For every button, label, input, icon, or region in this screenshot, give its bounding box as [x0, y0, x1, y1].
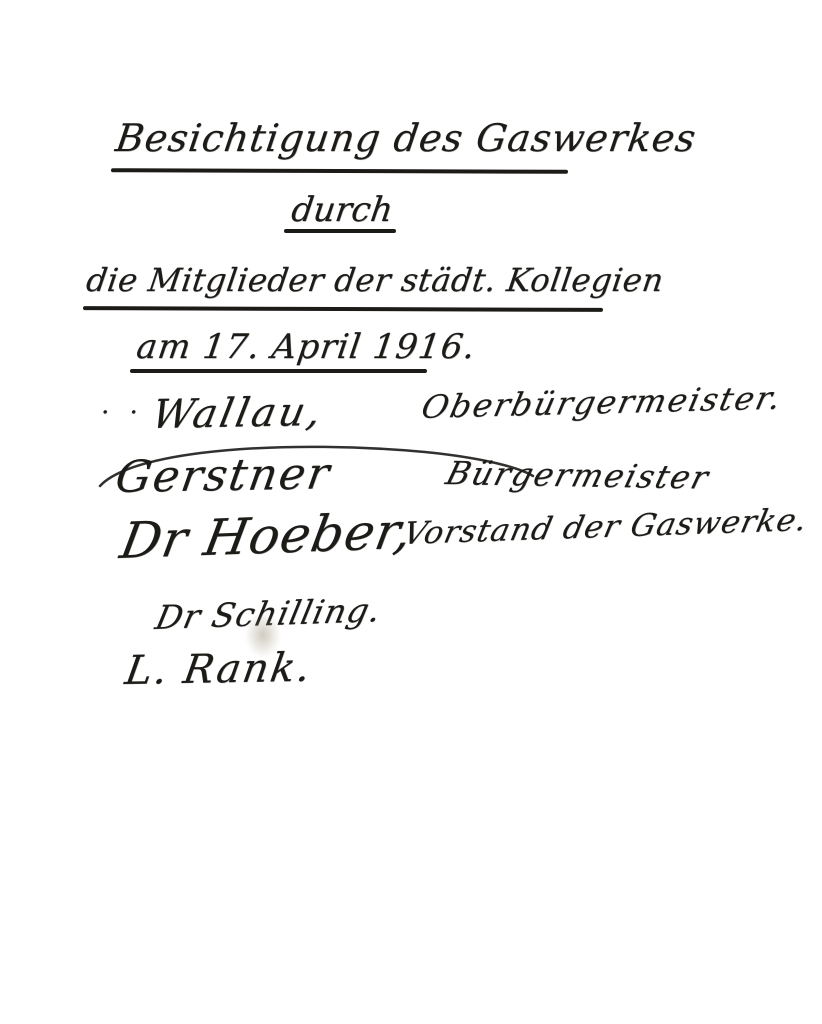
heading-underline-2: [284, 229, 396, 233]
ink-dots: · ·: [101, 398, 144, 428]
signature-title-oberbuergermeister: Oberbürgermeister.: [418, 379, 786, 426]
ink-smudge: [245, 612, 281, 658]
heading-underline-3: [83, 306, 603, 312]
heading-line-1: Besichtigung des Gaswerkes: [113, 116, 699, 160]
signature-name-rank: L. Rank.: [122, 645, 315, 694]
heading-line-2: durch: [289, 190, 395, 230]
scanned-document-page: Besichtigung des Gaswerkes durch die Mit…: [0, 0, 822, 1024]
heading-underline-1: [111, 168, 568, 174]
heading-date-line: am 17. April 1916.: [134, 327, 478, 367]
signature-name-wallau: Wallau,: [148, 389, 328, 438]
signature-name-hoeber: Dr Hoeber,: [116, 502, 417, 570]
signature-flourish: [95, 438, 545, 498]
heading-underline-4: [130, 369, 427, 373]
signature-title-vorstand: Vorstand der Gaswerke.: [400, 502, 811, 552]
heading-line-3: die Mitglieder der städt. Kollegien: [84, 261, 666, 299]
